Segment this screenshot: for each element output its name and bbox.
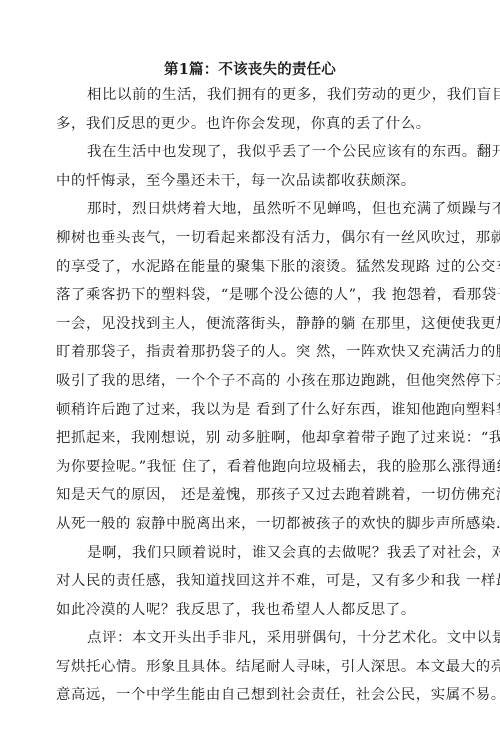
paragraph-3-line-4: 落了乘客扔下的塑料袋，“是哪个没公德的人”，我 抱怨着，看那袋子飘了 xyxy=(56,284,446,313)
document-title: 第1篇：不该丧失的责任心 xyxy=(0,60,500,80)
paragraph-3-line-12: 从死一般的 寂静中脱离出来，一切都被孩子的欢快的脚步声所感染…… xyxy=(56,513,446,542)
paragraph-3-line-8: 顿稍许后跑了过来，我以为是 看到了什么好东西，谁知他跑向塑料袋，一 xyxy=(56,399,446,428)
paragraph-3-line-5: 一会，见没找到主人，便流落街头，静静的躺 在那里，这便使我更加烦躁， xyxy=(56,313,446,342)
paragraph-3-line-1: 那时，烈日烘烤着大地，虽然听不见蝉鸣，但也充满了烦躁与不 安， xyxy=(56,198,446,227)
review-line-2: 写烘托心情。形象且具体。结尾耐人寻味，引人深思。本文最大的亮点是立 xyxy=(56,656,446,685)
paragraph-1-line-2: 多，我们反思的更少。也许你会发现，你真的丢了什么。 xyxy=(56,113,446,142)
paragraph-3-line-7: 吸引了我的思绪，一个个子不高的 小孩在那边跑跳，但他突然停下来，停 xyxy=(56,370,446,399)
paragraph-2-line-2: 中的忏悔录，至今墨还未干，每一次品读都收获颇深。 xyxy=(56,170,446,199)
paragraph-3-line-6: 盯着那袋子，指责着那扔袋子的人。突 然，一阵欢快又充满活力的脚步声 xyxy=(56,341,446,370)
paragraph-3-line-10: 为你要捡呢。”我怔 住了，看着他跑向垃圾桶去，我的脸那么涨得通红，不 xyxy=(56,456,446,485)
paragraph-4-line-1: 是啊，我们只顾着说时，谁又会真的去做呢？我丢了对社会，对 自然， xyxy=(56,542,446,571)
paragraph-3-line-2: 柳树也垂头丧气，一切看起来都没有活力，偶尔有一丝风吹过，那就是最大 xyxy=(56,227,446,256)
paragraph-4-line-3: 如此冷漠的人呢？我反思了，我也希望人人都反思了。 xyxy=(56,599,446,628)
paragraph-3-line-3: 的享受了，水泥路在能量的聚集下胀的滚烫。猛然发现路 过的公交车上飘 xyxy=(56,256,446,285)
paragraph-4-line-2: 对人民的责任感，我知道找回这并不难，可是，又有多少和我 一样最责任 xyxy=(56,570,446,599)
review-line-1: 点评：本文开头出手非凡，采用骈偶句，十分艺术化。文中以景 物描 xyxy=(56,627,446,656)
document-body: 相比以前的生活，我们拥有的更多，我们劳动的更少，我们盲目 的更 多，我们反思的更… xyxy=(56,84,446,713)
paragraph-2-line-1: 我在生活中也发现了，我似乎丢了一个公民应该有的东西。翻开 记忆 xyxy=(56,141,446,170)
paragraph-1-line-1: 相比以前的生活，我们拥有的更多，我们劳动的更少，我们盲目 的更 xyxy=(56,84,446,113)
document-page: 第1篇：不该丧失的责任心 相比以前的生活，我们拥有的更多，我们劳动的更少，我们盲… xyxy=(0,0,500,743)
paragraph-3-line-9: 把抓起来，我刚想说，别 动多脏啊，他却拿着带子跑了过来说：“我还以 xyxy=(56,427,446,456)
paragraph-3-line-11: 知是天气的原因， 还是羞愧，那孩子又过去跑着跳着，一切仿佛充满活力， xyxy=(56,484,446,513)
review-line-3: 意高远，一个中学生能由自己想到社会责任，社会公民，实属不易。 xyxy=(56,684,446,713)
